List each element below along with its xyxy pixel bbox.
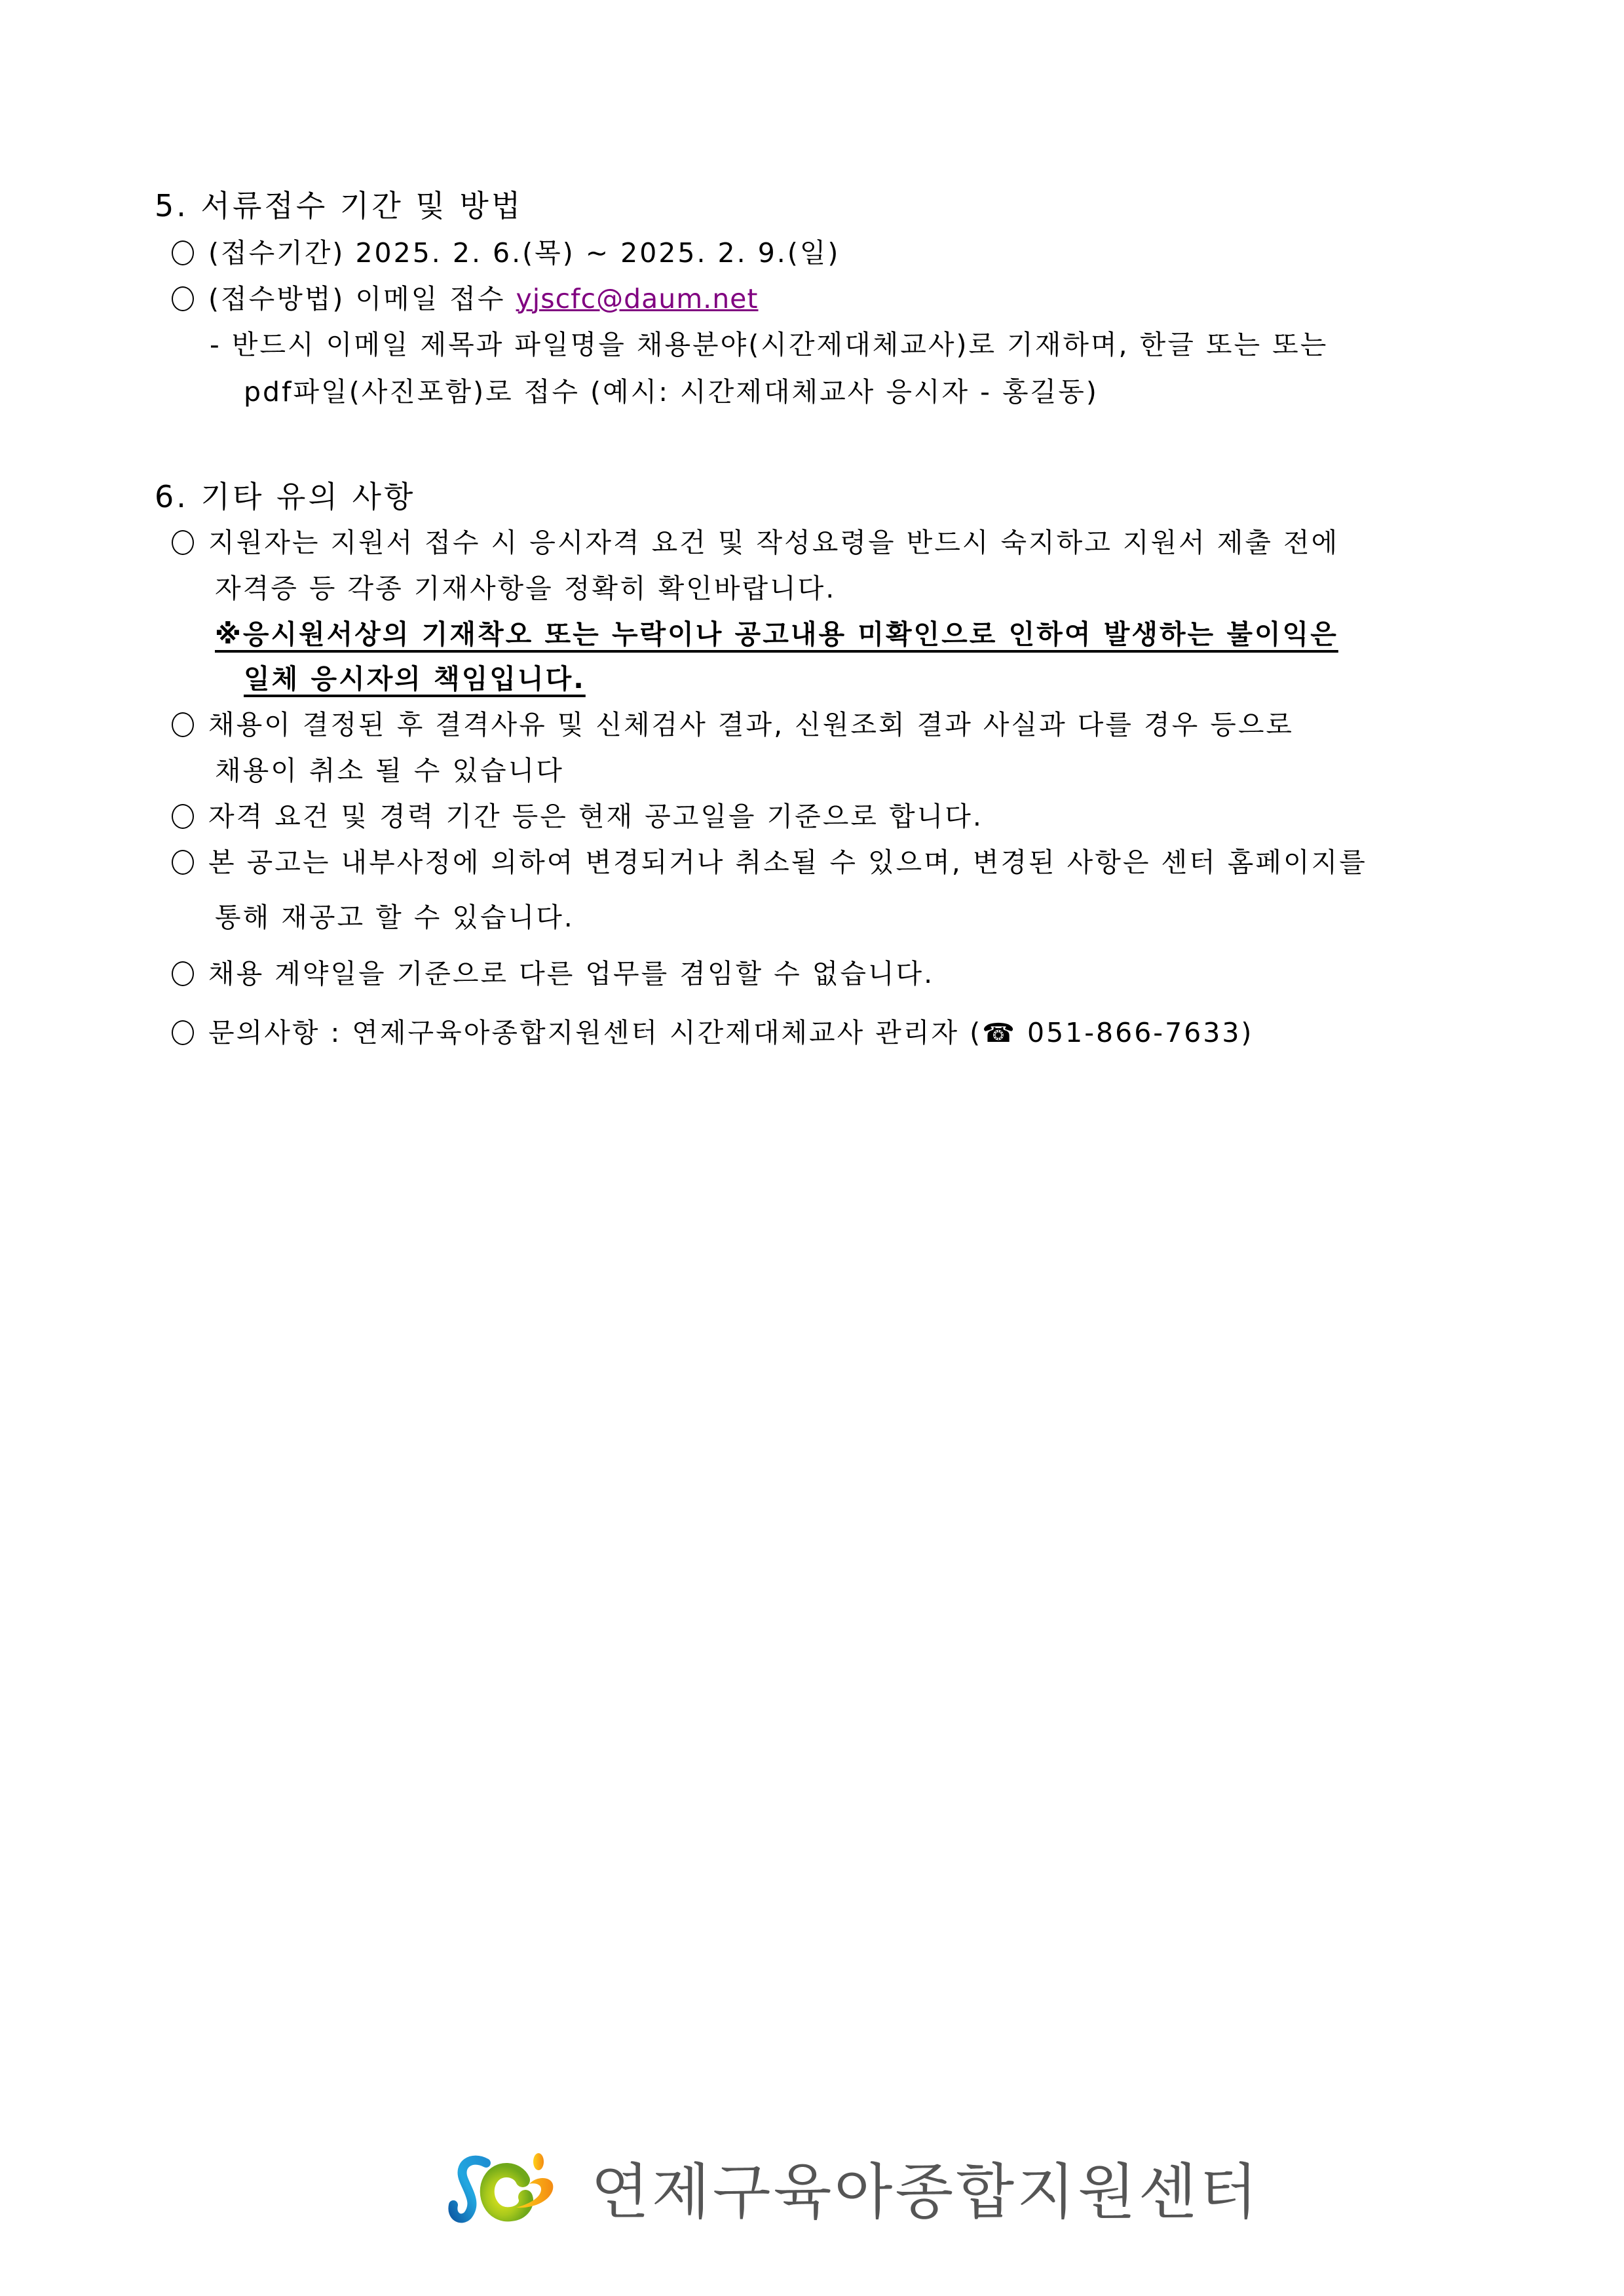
org-logo-icon: [445, 2151, 576, 2223]
phone-icon: ☎: [982, 1015, 1017, 1052]
receipt-method: (접수방법) 이메일 접수 yjscfc@daum.net: [172, 280, 758, 317]
circle-bullet-icon: [172, 961, 194, 986]
method-note-line2: pdf파일(사진포함)로 접수 (예시: 시간제대체교사 응시자 - 홍길동): [244, 373, 1099, 410]
receipt-period: (접수기간) 2025. 2. 6.(목) ~ 2025. 2. 9.(일): [172, 235, 840, 271]
notice-item-text: 자격 요건 및 경력 기간 등은 현재 공고일을 기준으로 합니다.: [208, 801, 983, 832]
circle-bullet-icon: [172, 530, 194, 555]
notice-item-text: 채용 계약일을 기준으로 다른 업무를 겸임할 수 없습니다.: [208, 958, 934, 989]
org-name: 연제구육아종합지원센터: [591, 2144, 1260, 2230]
circle-bullet-icon: [172, 286, 194, 311]
notice-item-5: 채용 계약일을 기준으로 다른 업무를 겸임할 수 없습니다.: [172, 955, 934, 992]
receipt-method-text: (접수방법) 이메일 접수: [208, 283, 516, 315]
email-link[interactable]: yjscfc@daum.net: [516, 283, 759, 315]
notice-item-text: 지원자는 지원서 접수 시 응시자격 요건 및 작성요령을 반드시 숙지하고 지…: [208, 527, 1339, 558]
circle-bullet-icon: [172, 850, 194, 875]
contact-phone: 051-866-7633): [1017, 1017, 1253, 1048]
section5-heading: 5. 서류접수 기간 및 방법: [155, 186, 523, 225]
responsibility-notice-line1: ※응시원서상의 기재착오 또는 누락이나 공고내용 미확인으로 인하여 발생하는…: [215, 616, 1338, 653]
circle-bullet-icon: [172, 804, 194, 829]
notice-item-4: 본 공고는 내부사정에 의하여 변경되거나 취소될 수 있으며, 변경된 사항은…: [172, 844, 1367, 881]
method-note-line1: - 반드시 이메일 제목과 파일명을 채용분야(시간제대체교사)로 기재하며, …: [210, 326, 1328, 363]
notice-item-1: 지원자는 지원서 접수 시 응시자격 요건 및 작성요령을 반드시 숙지하고 지…: [172, 524, 1339, 561]
circle-bullet-icon: [172, 712, 194, 737]
notice-item-contact: 문의사항 : 연제구육아종합지원센터 시간제대체교사 관리자 (☎ 051-86…: [172, 1014, 1253, 1052]
section6-heading: 6. 기타 유의 사항: [155, 477, 415, 516]
circle-bullet-icon: [172, 1020, 194, 1045]
notice-item-2: 채용이 결정된 후 결격사유 및 신체검사 결과, 신원조회 결과 사실과 다를…: [172, 706, 1294, 743]
contact-text: 문의사항 : 연제구육아종합지원센터 시간제대체교사 관리자 (: [208, 1017, 982, 1048]
circle-bullet-icon: [172, 240, 194, 265]
responsibility-notice-line2: 일체 응시자의 책임입니다.: [244, 660, 586, 697]
notice-item-text: 본 공고는 내부사정에 의하여 변경되거나 취소될 수 있으며, 변경된 사항은…: [208, 847, 1367, 878]
notice-item-3: 자격 요건 및 경력 기간 등은 현재 공고일을 기준으로 합니다.: [172, 798, 983, 835]
notice-item-4-cont: 통해 재공고 할 수 있습니다.: [215, 899, 575, 936]
org-logo: 연제구육아종합지원센터: [445, 2144, 1260, 2230]
receipt-period-text: (접수기간) 2025. 2. 6.(목) ~ 2025. 2. 9.(일): [208, 237, 840, 269]
notice-item-2-cont: 채용이 취소 될 수 있습니다: [215, 752, 564, 789]
notice-item-text: 채용이 결정된 후 결격사유 및 신체검사 결과, 신원조회 결과 사실과 다를…: [208, 709, 1294, 740]
notice-item-1-cont: 자격증 등 각종 기재사항을 정확히 확인바랍니다.: [215, 570, 836, 607]
